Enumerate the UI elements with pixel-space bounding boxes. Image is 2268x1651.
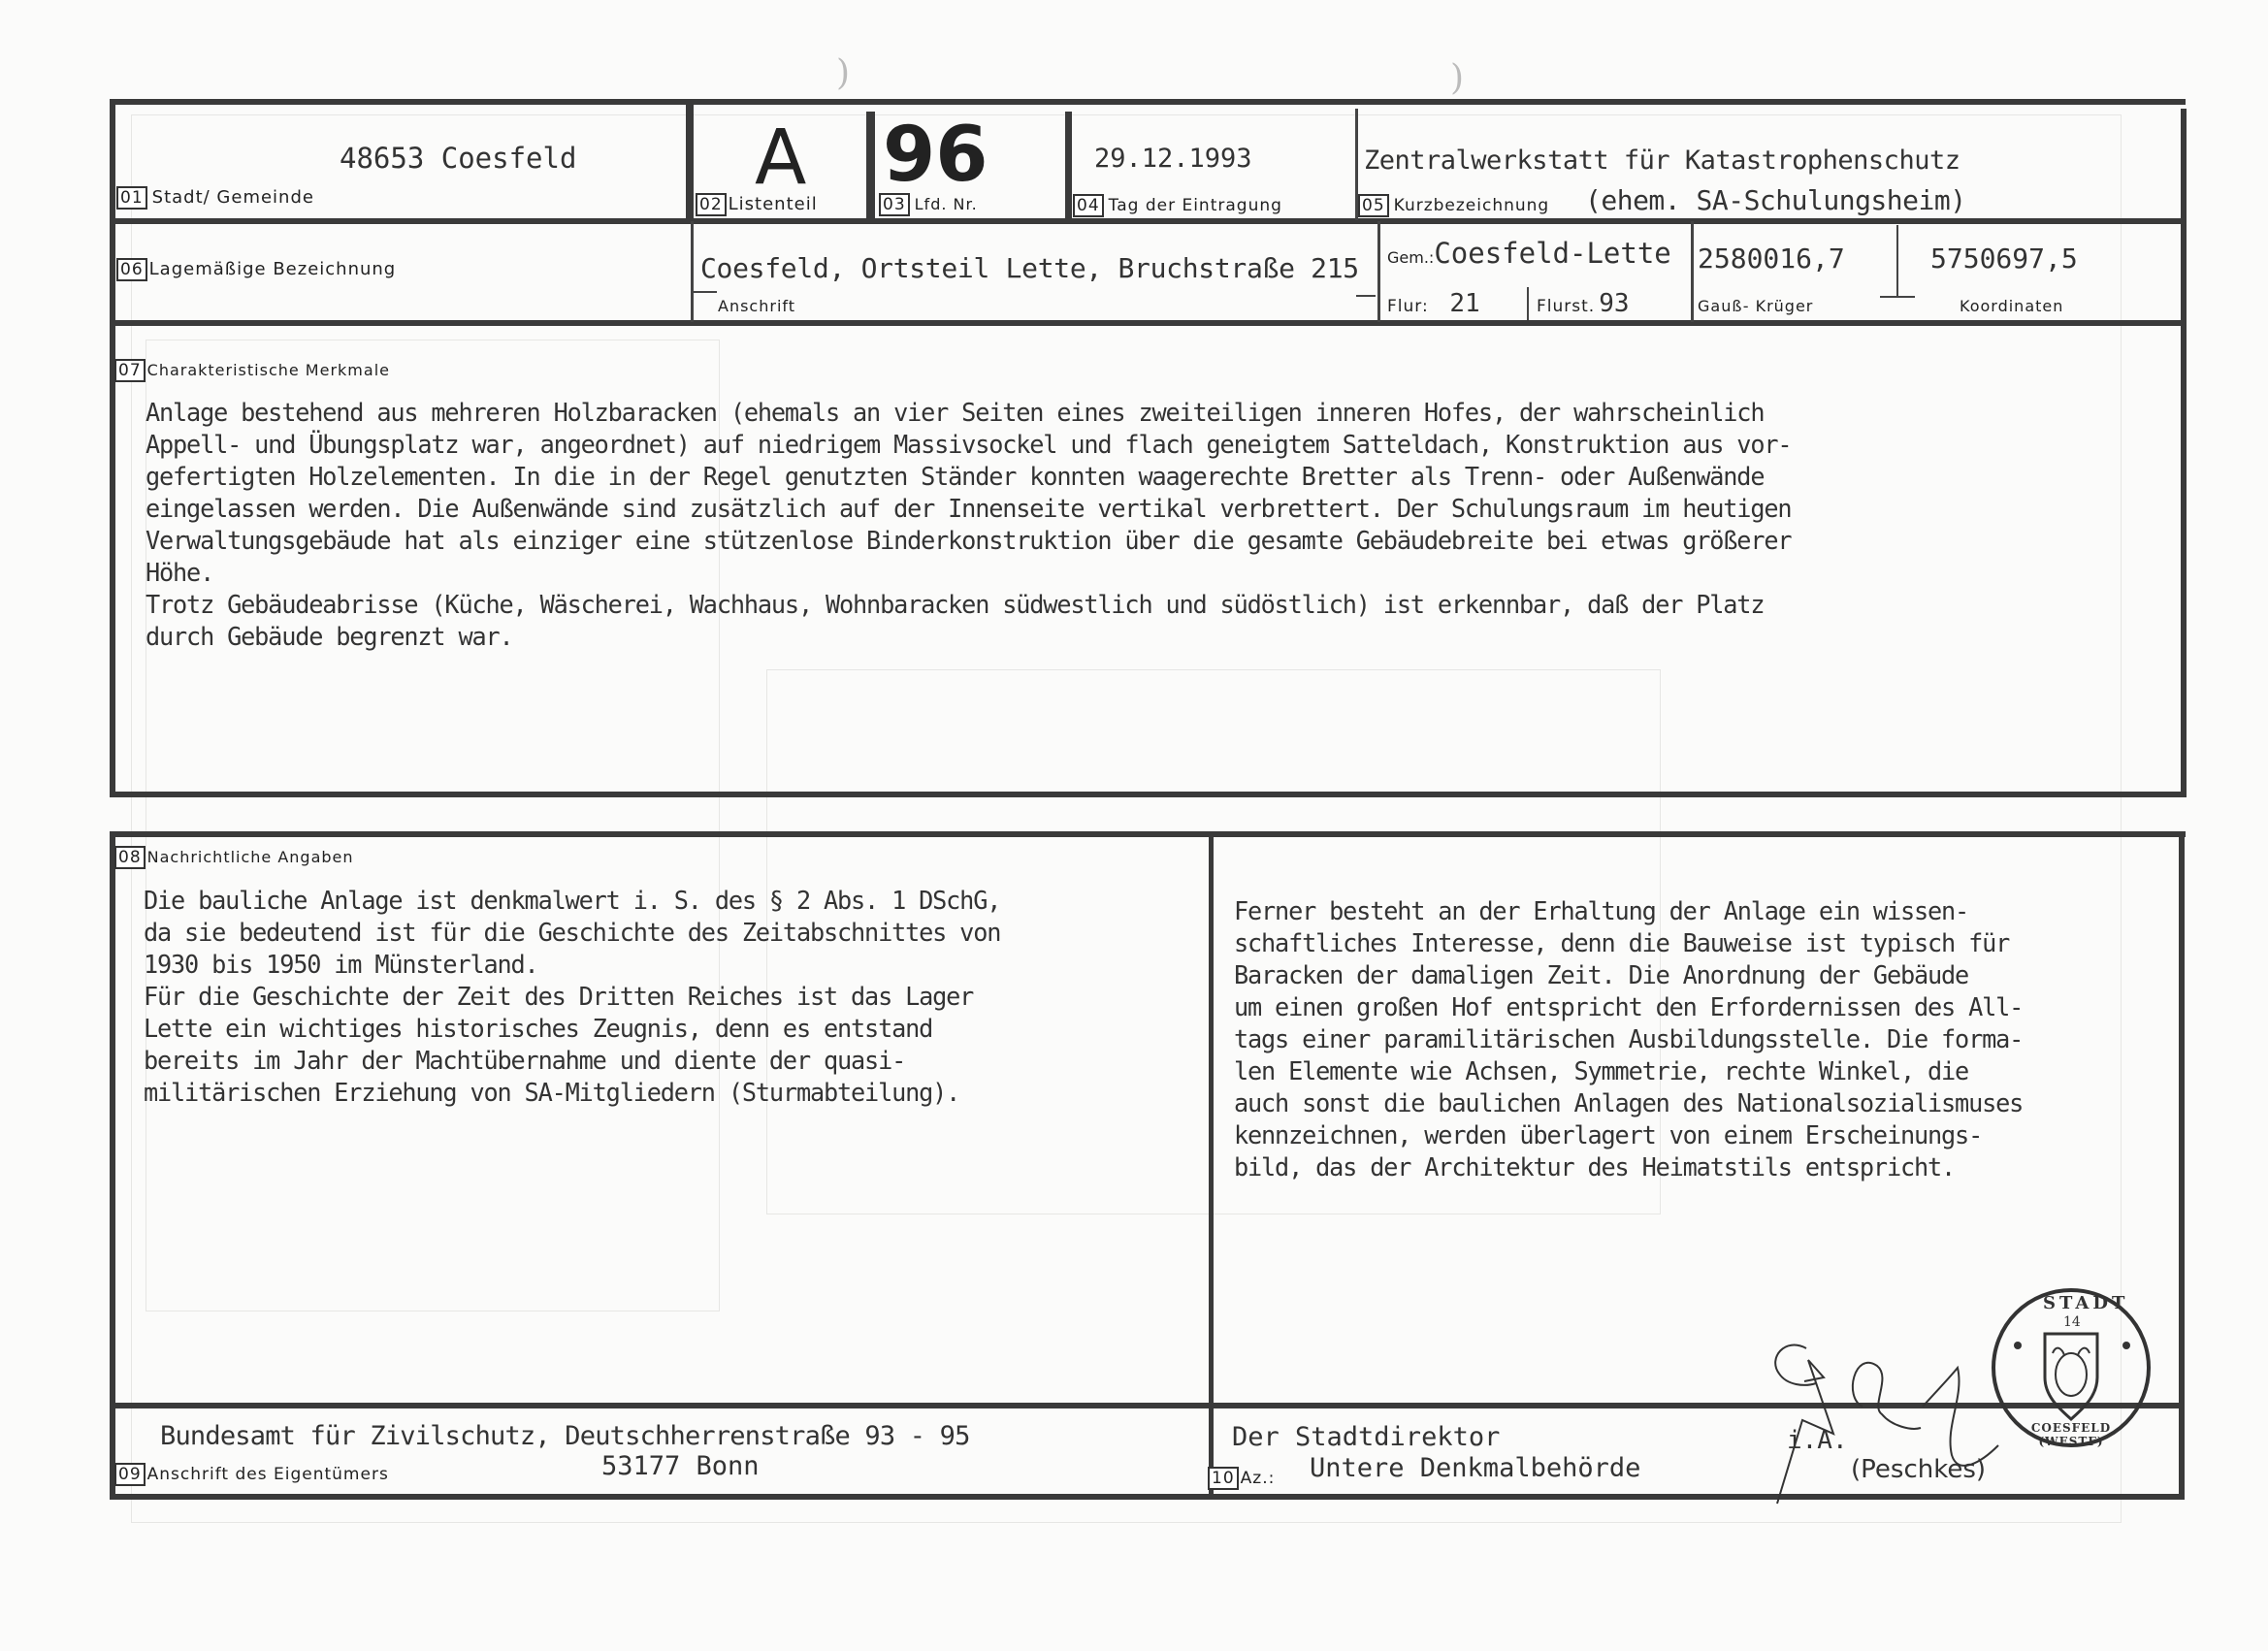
text-line: Baracken der damaligen Zeit. Die Anordnu… <box>1234 960 2023 992</box>
field-08-label: 08Nachrichtliche Angaben <box>114 846 354 869</box>
stamp-bottom-text: COESFELD (WESTF) <box>1998 1421 2144 1448</box>
text-line: Ferner besteht an der Erhaltung der Anla… <box>1234 896 2023 928</box>
notice-text-right: Ferner besteht an der Erhaltung der Anla… <box>1234 896 2047 1184</box>
text-line: Für die Geschichte der Zeit des Dritten … <box>144 982 1000 1014</box>
characteristics-text: Anlage bestehend aus mehreren Holzbarack… <box>146 398 1842 654</box>
city-value: 48653 Coesfeld <box>340 142 576 175</box>
text-line: bild, das der Architektur des Heimatstil… <box>1234 1152 2023 1184</box>
text-line: Verwaltungsgebäude hat als einziger eine… <box>146 526 1791 558</box>
field-number: 01 <box>116 186 147 210</box>
gauss-krueger-label: Gauß- Krüger <box>1698 297 1813 315</box>
text-line: durch Gebäude begrenzt war. <box>146 622 1791 654</box>
owner-address-line2: 53177 Bonn <box>601 1451 760 1481</box>
stamp-number: 14 <box>2063 1314 2081 1330</box>
field-02-label: 02Listenteil <box>696 193 818 216</box>
list-part-value: A <box>755 114 806 202</box>
scan-mark: ) <box>1450 58 1464 98</box>
field-04-label: 04Tag der Eintragung <box>1073 194 1282 217</box>
text-line: Appell- und Übungsplatz war, angeordnet)… <box>146 430 1791 462</box>
text-line: Die bauliche Anlage ist denkmalwert i. S… <box>144 886 1000 918</box>
text-line: 1930 bis 1950 im Münsterland. <box>144 950 1000 982</box>
text-line: Trotz Gebäudeabrisse (Küche, Wäscherei, … <box>146 590 1791 622</box>
notice-text-left: Die bauliche Anlage ist denkmalwert i. S… <box>144 886 1027 1110</box>
scan-mark: ) <box>836 53 850 93</box>
owner-address-line1: Bundesamt für Zivilschutz, Deutschherren… <box>160 1421 970 1451</box>
text-line: gefertigten Holzelementen. In die in der… <box>146 462 1791 494</box>
short-name-value: Zentralwerkstatt für Katastrophenschutz <box>1364 146 1960 176</box>
text-line: Lette ein wichtiges historisches Zeugnis… <box>144 1014 1000 1046</box>
authority-line1: Der Stadtdirektor <box>1232 1422 1500 1452</box>
text-line: len Elemente wie Achsen, Symmetrie, rech… <box>1234 1056 2023 1088</box>
field-03-label: 03Lfd. Nr. <box>879 193 978 216</box>
address-value: Coesfeld, Ortsteil Lette, Bruchstraße 21… <box>700 252 1359 284</box>
field-05-label: 05Kurzbezeichnung <box>1358 194 1549 217</box>
text-line: schaftliches Interesse, denn die Bauweis… <box>1234 928 2023 960</box>
authority-line2: Untere Denkmalbehörde <box>1310 1453 1640 1483</box>
text-line: Anlage bestehend aus mehreren Holzbarack… <box>146 398 1791 430</box>
text-line: bereits im Jahr der Machtübernahme und d… <box>144 1046 1000 1078</box>
text-line: Höhe. <box>146 558 1791 590</box>
serial-number-value: 96 <box>883 112 988 199</box>
coordinate-x: 2580016,7 <box>1698 243 1845 275</box>
text-line: tags einer paramilitärischen Ausbildungs… <box>1234 1024 2023 1056</box>
stamp-top-text: STADT <box>2043 1293 2128 1313</box>
field-10-label: 10Az.: <box>1208 1467 1275 1490</box>
text-line: um einen großen Hof entspricht den Erfor… <box>1234 992 2023 1024</box>
flur: Flur: 21 <box>1387 289 1480 318</box>
text-line: kennzeichnen, werden überlagert von eine… <box>1234 1120 2023 1152</box>
text-line: militärischen Erziehung von SA-Mitgliede… <box>144 1078 1000 1110</box>
field-09-label: 09Anschrift des Eigentümers <box>114 1463 389 1486</box>
gemarkung-value: Coesfeld-Lette <box>1434 237 1670 270</box>
text-line: da sie bedeutend ist für die Geschichte … <box>144 918 1000 950</box>
text-line: auch sonst die baulichen Anlagen des Nat… <box>1234 1088 2023 1120</box>
short-name-former: (ehem. SA-Schulungsheim) <box>1585 184 1966 216</box>
coordinate-y: 5750697,5 <box>1930 243 2078 275</box>
text-line: eingelassen werden. Die Außenwände sind … <box>146 494 1791 526</box>
field-06-label: 06Lagemäßige Bezeichnung <box>116 258 396 281</box>
gemarkung: Gem.:Coesfeld-Lette <box>1387 237 1671 270</box>
flurstueck: Flurst.93 <box>1537 289 1630 318</box>
address-label: Anschrift <box>718 297 795 315</box>
entry-date-value: 29.12.1993 <box>1094 144 1252 174</box>
field-07-label: 07Charakteristische Merkmale <box>114 359 390 382</box>
field-01-label: 01Stadt/ Gemeinde <box>116 186 314 210</box>
coordinates-label: Koordinaten <box>1960 297 2063 315</box>
city-stamp: STADT 14 COESFELD (WESTF) <box>1989 1285 2154 1450</box>
